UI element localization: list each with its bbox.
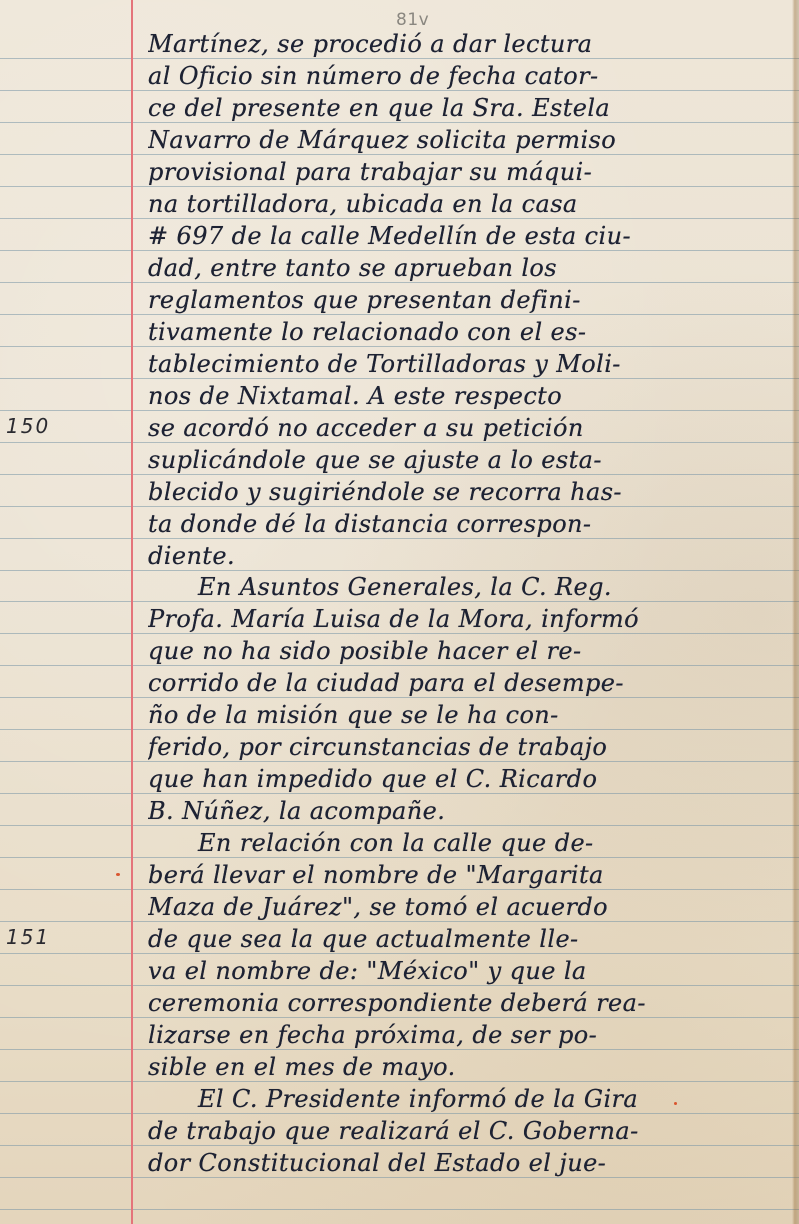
handwritten-line: En relación con la calle que de- (148, 827, 788, 859)
handwritten-line: provisional para trabajar su máqui- (148, 156, 788, 188)
margin-line (131, 0, 133, 1224)
handwritten-line: al Oficio sin número de fecha cator- (148, 60, 788, 92)
handwritten-line: blecido y sugiriéndole se recorra has- (148, 476, 788, 508)
handwritten-line: ño de la misión que se le ha con- (148, 699, 788, 731)
folio-number: 81v (396, 10, 429, 30)
handwritten-line: suplicándole que se ajuste a lo esta- (148, 444, 788, 476)
handwritten-line: de que sea la que actualmente lle- (148, 923, 788, 955)
page-edge (792, 0, 799, 1224)
handwritten-line: corrido de la ciudad para el desempe- (148, 667, 788, 699)
handwritten-line: En Asuntos Generales, la C. Reg. (148, 571, 788, 603)
handwritten-line: de trabajo que realizará el C. Goberna- (148, 1115, 788, 1147)
handwritten-line: lizarse en fecha próxima, de ser po- (148, 1019, 788, 1051)
handwritten-line: reglamentos que presentan defini- (148, 284, 788, 316)
handwritten-line: tablecimiento de Tortilladoras y Moli- (148, 348, 788, 380)
margin-entry-number: 150 (6, 414, 50, 438)
handwritten-line: na tortilladora, ubicada en la casa (148, 188, 788, 220)
handwritten-line: ceremonia correspondiente deberá rea- (148, 987, 788, 1019)
handwritten-line: dad, entre tanto se aprueban los (148, 252, 788, 284)
handwritten-line: El C. Presidente informó de la Gira (148, 1083, 788, 1115)
handwritten-line: Martínez, se procedió a dar lectura (148, 28, 788, 60)
handwritten-line: berá llevar el nombre de "Margarita (148, 859, 788, 891)
handwritten-line: que no ha sido posible hacer el re- (148, 635, 788, 667)
handwritten-line: tivamente lo relacionado con el es- (148, 316, 788, 348)
handwritten-line: dor Constitucional del Estado el jue- (148, 1147, 788, 1179)
handwritten-line: sible en el mes de mayo. (148, 1051, 788, 1083)
handwritten-line: ferido, por circunstancias de trabajo (148, 731, 788, 763)
handwritten-line: Navarro de Márquez solicita permiso (148, 124, 788, 156)
ink-speck (116, 873, 120, 876)
ledger-page: 81v 150151 Martínez, se procedió a dar l… (0, 0, 799, 1224)
handwritten-line: # 697 de la calle Medellín de esta ciu- (148, 220, 788, 252)
handwritten-line: va el nombre de: "México" y que la (148, 955, 788, 987)
handwritten-line: ta donde dé la distancia correspon- (148, 508, 788, 540)
handwritten-line: se acordó no acceder a su petición (148, 412, 788, 444)
handwritten-line: Maza de Juárez", se tomó el acuerdo (148, 891, 788, 923)
handwritten-line: nos de Nixtamal. A este respecto (148, 380, 788, 412)
handwritten-line: B. Núñez, la acompañe. (148, 795, 788, 827)
ruled-line (0, 1209, 799, 1210)
handwritten-line: Profa. María Luisa de la Mora, informó (148, 603, 788, 635)
handwritten-line: diente. (148, 540, 788, 572)
margin-entry-number: 151 (6, 925, 50, 949)
handwritten-line: ce del presente en que la Sra. Estela (148, 92, 788, 124)
handwritten-line: que han impedido que el C. Ricardo (148, 763, 788, 795)
